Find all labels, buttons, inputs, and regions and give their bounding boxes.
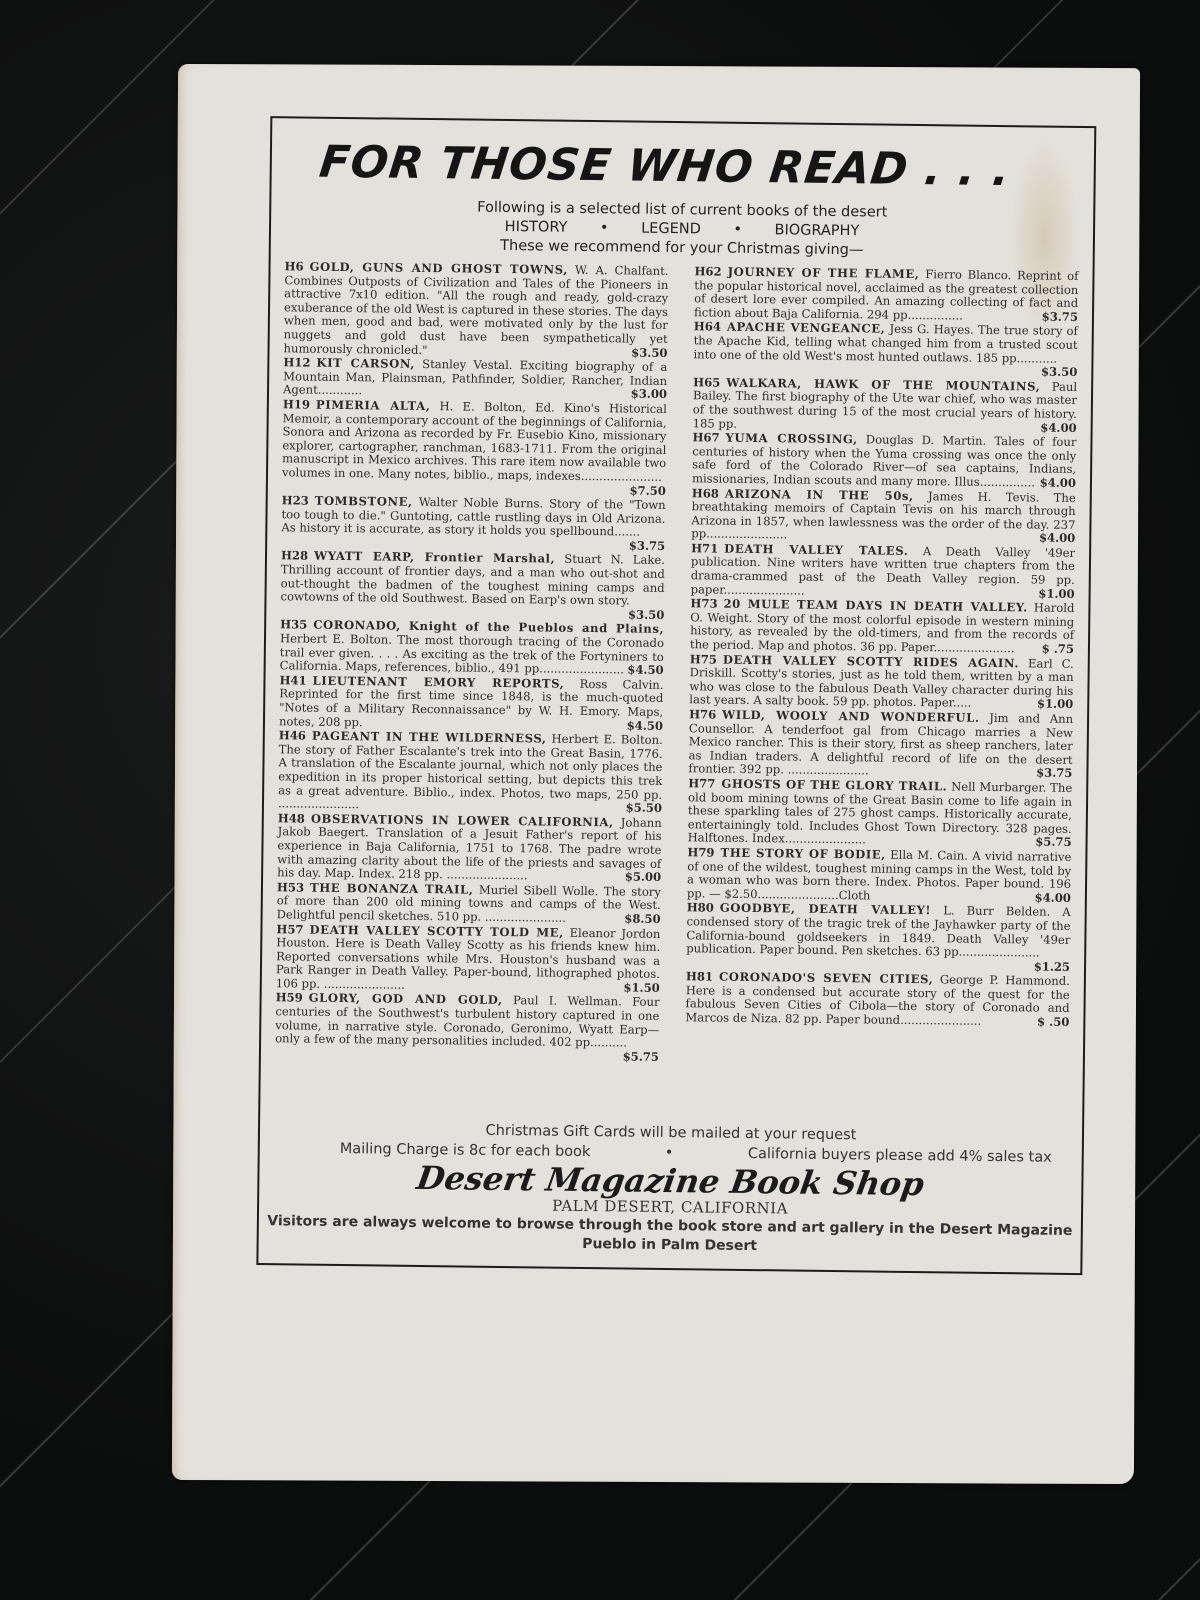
category-biography: BIOGRAPHY <box>774 222 859 239</box>
book-entry: H35CORONADO, Knight of the Pueblos and P… <box>280 619 665 678</box>
book-code: H19 <box>283 397 310 411</box>
book-entry: H76WILD, WOOLY AND WONDERFUL. Jim and An… <box>688 708 1073 781</box>
book-price: $4.00 <box>1039 532 1075 546</box>
book-code: H46 <box>279 728 306 742</box>
book-price: $4.00 <box>1035 891 1071 905</box>
book-price: $3.00 <box>631 388 667 402</box>
book-entry: H59GLORY, GOD AND GOLD, Paul I. Wellman.… <box>275 992 660 1065</box>
book-code: H68 <box>692 486 719 500</box>
book-entry: H67YUMA CROSSING, Douglas D. Martin. Tal… <box>692 431 1077 490</box>
book-code: H59 <box>276 991 303 1005</box>
book-entry: H81CORONADO'S SEVEN CITIES, George P. Ha… <box>685 971 1070 1030</box>
book-code: H62 <box>694 264 721 278</box>
book-code: H81 <box>686 970 713 984</box>
book-entry: H46PAGEANT IN THE WILDERNESS, Herbert E.… <box>278 729 663 815</box>
category-legend: LEGEND <box>641 221 701 238</box>
book-description: Herbert E. Bolton. The most thorough tra… <box>280 631 664 676</box>
book-description: Herbert E. Bolton. The story of Father E… <box>278 732 663 812</box>
book-price: $7.50 <box>629 484 665 498</box>
shop-name: Desert Magazine Book Shop <box>258 1166 1083 1196</box>
book-code: H71 <box>691 541 718 555</box>
bullet: • <box>600 220 609 236</box>
book-code: H53 <box>277 880 304 894</box>
book-entry: H57DEATH VALLEY SCOTTY TOLD ME, Eleanor … <box>276 923 661 996</box>
book-price: $3.75 <box>1042 310 1078 324</box>
book-price: $8.50 <box>624 912 660 926</box>
book-description: H. E. Bolton, Ed. Kino's Historical Memo… <box>282 399 667 484</box>
book-price: $3.75 <box>629 539 665 553</box>
book-code: H77 <box>688 776 715 790</box>
ad-footer: Christmas Gift Cards will be mailed at y… <box>259 1118 1083 1260</box>
ad-frame: FOR THOSE WHO READ . . . Following is a … <box>256 116 1096 1275</box>
book-entry: H71DEATH VALLEY TALES. A Death Valley '4… <box>691 542 1076 601</box>
book-entry: H41LIEUTENANT EMORY REPORTS, Ross Calvin… <box>279 674 664 733</box>
book-entry: H12KIT CARSON, Stanley Vestal. Exciting … <box>283 356 667 401</box>
book-list: H6GOLD, GUNS AND GHOST TOWNS, W. A. Chal… <box>275 260 1079 1070</box>
book-price: $3.75 <box>1036 767 1072 781</box>
book-column-left: H6GOLD, GUNS AND GHOST TOWNS, W. A. Chal… <box>275 260 669 1065</box>
book-entry: H7320 MULE TEAM DAYS IN DEATH VALLEY. Ha… <box>690 598 1075 657</box>
book-price: $1.00 <box>1038 587 1074 601</box>
book-code: H67 <box>692 430 719 444</box>
book-code: H23 <box>282 493 309 507</box>
ad-intro: Following is a selected list of current … <box>271 196 1094 263</box>
ad-headline: FOR THOSE WHO READ . . . <box>317 137 1014 196</box>
book-code: H73 <box>690 597 717 611</box>
book-price: $3.50 <box>628 608 664 622</box>
category-history: HISTORY <box>505 219 568 236</box>
book-description: W. A. Chalfant. Combines Outposts of Civ… <box>283 263 668 357</box>
magazine-back-page: FOR THOSE WHO READ . . . Following is a … <box>172 64 1140 1484</box>
book-code: H79 <box>687 845 714 859</box>
book-price: $4.00 <box>1040 421 1076 435</box>
book-price: $4.50 <box>627 664 663 678</box>
book-code: H65 <box>693 375 720 389</box>
book-code: H12 <box>283 355 310 369</box>
book-entry: H65WALKARA, HAWK OF THE MOUNTAINS, Paul … <box>693 376 1078 435</box>
book-entry: H77GHOSTS OF THE GLORY TRAIL. Nell Murba… <box>688 777 1073 850</box>
bullet: • <box>665 1143 674 1163</box>
book-price: $5.75 <box>1035 836 1071 850</box>
book-entry: H64APACHE VENGEANCE, Jess G. Hayes. The … <box>693 321 1078 380</box>
book-price: $3.50 <box>631 346 667 360</box>
book-price: $5.50 <box>626 802 662 816</box>
book-price: $1.00 <box>1037 698 1073 712</box>
book-price: $4.00 <box>1040 476 1076 490</box>
book-entry: H53THE BONANZA TRAIL, Muriel Sibell Woll… <box>277 881 661 926</box>
book-entry: H79THE STORY OF BODIE, Ella M. Cain. A v… <box>687 846 1072 905</box>
book-code: H76 <box>689 707 716 721</box>
book-entry: H75DEATH VALLEY SCOTTY RIDES AGAIN. Earl… <box>689 653 1074 712</box>
book-price: $ .50 <box>1037 1016 1069 1030</box>
book-entry: H6GOLD, GUNS AND GHOST TOWNS, W. A. Chal… <box>283 260 668 360</box>
book-entry: H62JOURNEY OF THE FLAME, Fierro Blanco. … <box>694 265 1079 324</box>
book-code: H35 <box>280 618 307 632</box>
book-code: H41 <box>279 673 306 687</box>
book-code: H57 <box>276 922 303 936</box>
book-price: $5.75 <box>623 1050 659 1064</box>
book-price: $3.50 <box>1041 366 1077 380</box>
book-code: H48 <box>278 811 305 825</box>
book-entry: H68ARIZONA IN THE 50s, James H. Tevis. T… <box>691 487 1076 546</box>
book-price: $1.50 <box>623 981 659 995</box>
book-code: H6 <box>284 259 303 273</box>
book-price: $1.25 <box>1034 960 1070 974</box>
book-entry: H80GOODBYE, DEATH VALLEY! L. Burr Belden… <box>686 902 1071 975</box>
book-code: H80 <box>687 901 714 915</box>
book-price: $4.50 <box>627 719 663 733</box>
book-entry: H19PIMERIA ALTA, H. E. Bolton, Ed. Kino'… <box>282 398 667 498</box>
book-code: H28 <box>281 549 308 563</box>
book-code: H75 <box>690 652 717 666</box>
book-entry: H23TOMBSTONE, Walter Noble Burns. Story … <box>281 494 666 553</box>
book-code: H64 <box>694 320 721 334</box>
book-price: $5.00 <box>625 871 661 885</box>
book-column-right: H62JOURNEY OF THE FLAME, Fierro Blanco. … <box>685 265 1079 1070</box>
book-price: $ .75 <box>1042 643 1074 657</box>
book-entry: H28WYATT EARP, Frontier Marshal, Stuart … <box>280 550 665 623</box>
book-entry: H48OBSERVATIONS IN LOWER CALIFORNIA, Joh… <box>277 812 662 885</box>
bullet: • <box>733 222 742 238</box>
